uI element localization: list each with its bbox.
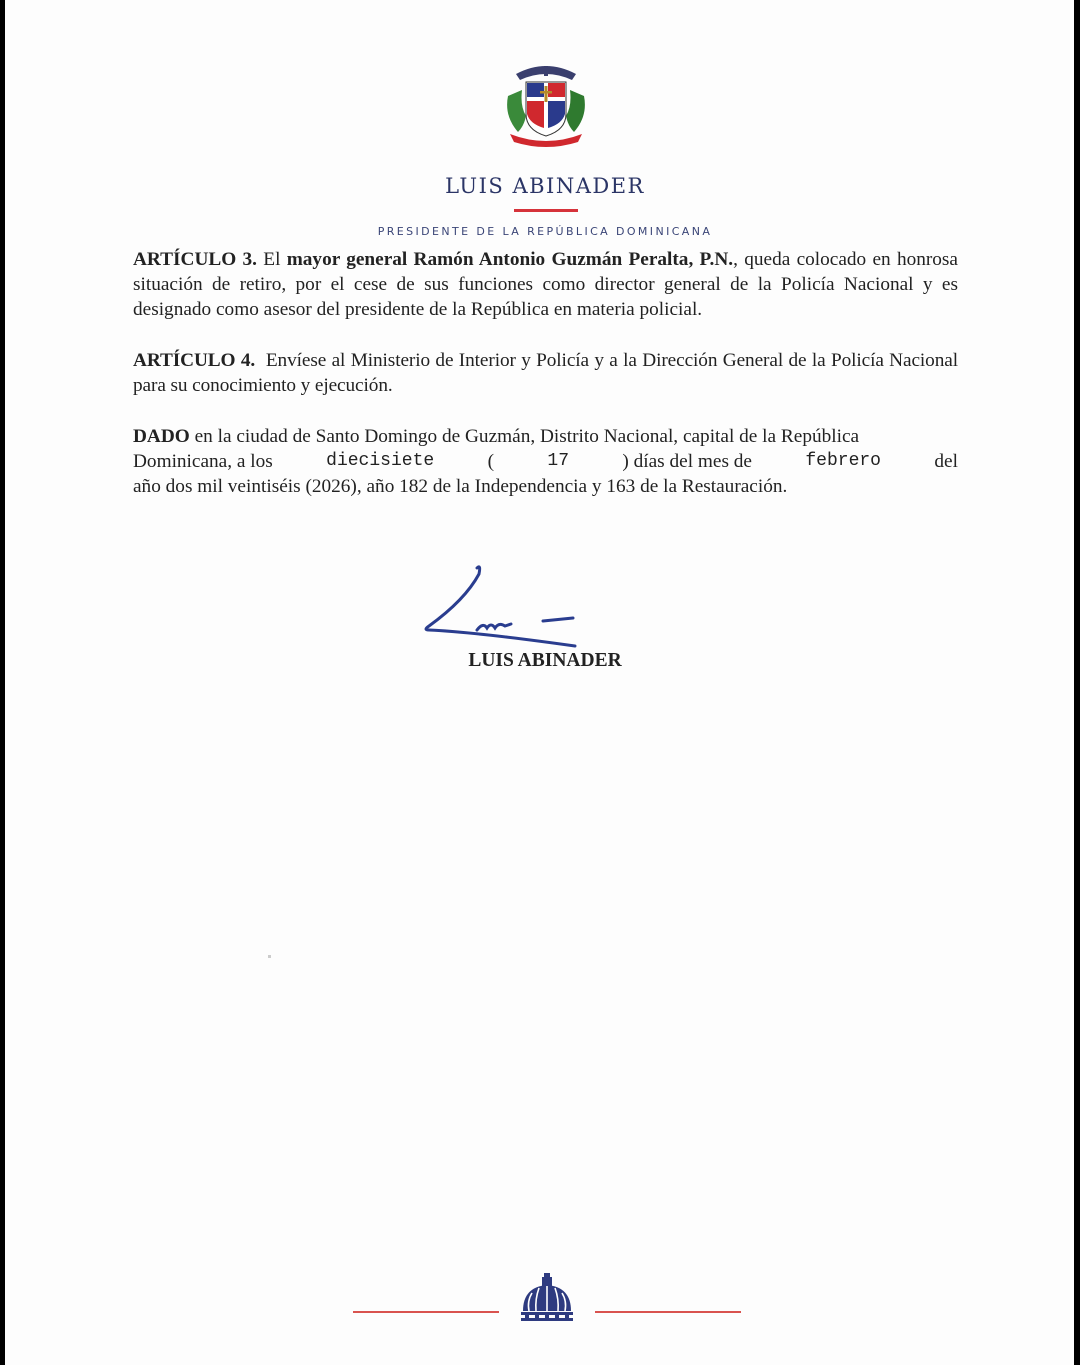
national-palace-dome-icon bbox=[519, 1271, 575, 1323]
article-3: ARTÍCULO 3. El mayor general Ramón Anton… bbox=[133, 247, 958, 322]
given-line-1: DADO en la ciudad de Santo Domingo de Gu… bbox=[133, 424, 958, 449]
document-page: LUIS ABINADER PRESIDENTE DE LA REPÚBLICA… bbox=[5, 0, 1074, 1365]
letterhead-name: LUIS ABINADER bbox=[5, 174, 1080, 198]
article-3-subject: mayor general Ramón Antonio Guzmán Peral… bbox=[287, 249, 733, 270]
paren-open: ( bbox=[488, 449, 494, 474]
letterhead-subtitle: PRESIDENTE DE LA REPÚBLICA DOMINICANA bbox=[5, 225, 1080, 238]
handwritten-signature-icon bbox=[415, 560, 595, 650]
article-3-lead: El bbox=[257, 249, 287, 270]
month: febrero bbox=[805, 449, 881, 474]
given-heading: DADO bbox=[133, 426, 190, 447]
given-line-2-mid: ) días del mes de bbox=[622, 449, 752, 474]
footer-rule-left bbox=[353, 1311, 499, 1313]
article-4: ARTÍCULO 4. Envíese al Ministerio de Int… bbox=[133, 348, 958, 398]
dominican-coat-of-arms-icon bbox=[498, 56, 594, 150]
signatory-name: LUIS ABINADER bbox=[5, 650, 1080, 672]
day-number: 17 bbox=[547, 449, 569, 474]
given-line-2-start: Dominicana, a los bbox=[133, 449, 273, 474]
letterhead-divider bbox=[514, 209, 578, 212]
given-line-2: Dominicana, a los diecisiete ( 17 ) días… bbox=[133, 449, 958, 474]
scan-artifact bbox=[268, 955, 271, 958]
given-line-3: año dos mil veintiséis (2026), año 182 d… bbox=[133, 474, 958, 499]
day-words: diecisiete bbox=[326, 449, 434, 474]
footer-rule-right bbox=[595, 1311, 741, 1313]
article-4-heading: ARTÍCULO 4. bbox=[133, 350, 255, 371]
given-line-1-text: en la ciudad de Santo Domingo de Guzmán,… bbox=[190, 426, 859, 447]
article-4-text: Envíese al Ministerio de Interior y Poli… bbox=[133, 350, 963, 396]
given-line-2-end: del bbox=[934, 449, 958, 474]
given-clause: DADO en la ciudad de Santo Domingo de Gu… bbox=[133, 424, 958, 499]
article-3-heading: ARTÍCULO 3. bbox=[133, 249, 257, 270]
